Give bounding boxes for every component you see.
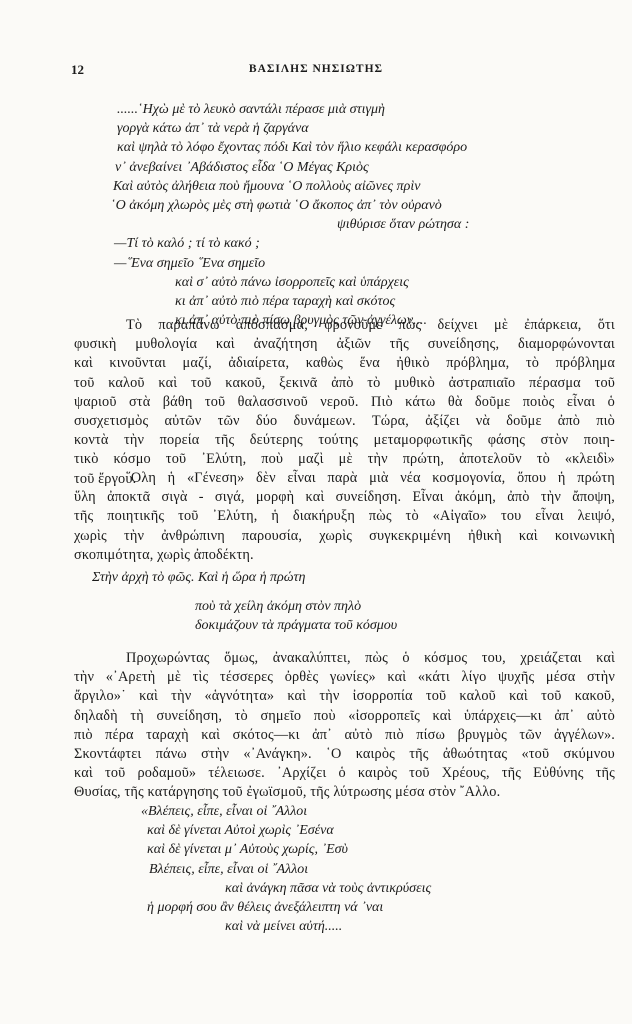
poem-line: δοκιμάζουν τὰ πράγματα τοῦ κόσμου	[0, 616, 632, 635]
poem-excerpt-3: «Βλέπεις, εἶπε, εἶναι οἱ ῎Αλλοι καὶ δὲ γ…	[0, 802, 632, 936]
poem-line: Βλέπεις, εἶπε, εἶναι οἱ ῎Αλλοι	[0, 860, 632, 879]
text-line: καὶκινοῦνταιμαζί,ἀδιαίρετα,καθὼςἕναἠθικὸ…	[74, 354, 615, 373]
poem-line: καὶ δὲ γίνεται μ᾽ Αὐτοὺς χωρίς, ᾽Εσὺ	[0, 840, 632, 859]
text-line: ψαριοῦστὰβάθητοῦθαλασσινοῦνεροῦ.Πιὸκάτωθ…	[74, 393, 615, 412]
text-line: Σκοντάφτειπάνωστὴν«᾽Ανάγκη».῾Οκαιρὸςτῆςἀ…	[74, 745, 615, 764]
poem-excerpt-1: ......῾Ηχὼ μὲ τὸ λευκὸ σαντάλι πέρασε μι…	[0, 100, 632, 330]
text-line: δηλαδὴτὴσυνείδηση,τὸσημεῖοποὺ«ἰσορροπεῖς…	[74, 707, 615, 726]
poem-line: καὶ ψηλὰ τὸ λόφο ἔχοντας πόδι Καὶ τὸν ἥλ…	[0, 138, 632, 157]
text-line: φυσικὴμυθολογίακαὶἀναζήτησηἀξιῶντῆςσυνεί…	[74, 335, 615, 354]
poem-excerpt-2: Στὴν ἀρχὴ τὸ φῶς. Καὶ ἡ ὥρα ἡ πρώτη ποὺ …	[0, 568, 632, 636]
text-line: ἄργιλο»˙καὶτὴν«ἁγνότητα»καὶτὴνἰσορροπίατ…	[74, 687, 615, 706]
text-line: Προχωρώνταςὅμως,ἀνακαλύπτει,πὼςὁκόσμοςτο…	[74, 649, 615, 668]
poem-line: ῾Ο ἀκόμη χλωρὸς μὲς στὴ φωτιὰ ῾Ο ἄκοπος …	[0, 196, 632, 215]
text-line: τοῦκαλοῦκαὶτοῦκακοῦ,ξεκινᾶἀπὸτὸμυθικὸἀστ…	[74, 374, 615, 393]
text-line: Θυσίας, τῆς κατάργησης τοῦ ἐγωϊσμοῦ, τῆς…	[74, 783, 615, 802]
paragraph-1: Τὸπαραπάνωἀπόσπασμα,φρονοῦμεπὼςδείχνειμὲ…	[74, 316, 615, 489]
text-line: καὶτοῦροδαμοῦ»τέλειωσε.᾽Αρχίζειὁκαιρὸςτο…	[74, 764, 615, 783]
poem-line: ποὺ τὰ χείλη ἀκόμη στὸν πηλὸ	[0, 597, 632, 616]
poem-line: καὶ ἀνάγκη πᾶσα νὰ τοὺς ἀντικρύσεις	[0, 879, 632, 898]
poem-line: «Βλέπεις, εἶπε, εἶναι οἱ ῎Αλλοι	[0, 802, 632, 821]
text-line: τῆςποιητικῆςτοῦ᾽Ελύτη,ἡδιακήρυξηπὼςτὸ«Αἰ…	[74, 507, 615, 526]
poem-line: Καὶ αὐτὸς ἀλήθεια ποὺ ἤμουνα ῾Ο πολλοὺς …	[0, 177, 632, 196]
poem-line: καὶ δὲ γίνεται Αὐτοὶ χωρὶς ᾽Εσένα	[0, 821, 632, 840]
text-line: κοντὰτὴνπορείατῆςδεύτερηςτούτηςμεταμορφω…	[74, 431, 615, 450]
book-page: 12 ΒΑΣΙΛΗΣ ΝΗΣΙΩΤΗΣ ......῾Ηχὼ μὲ τὸ λευ…	[0, 0, 632, 1024]
poem-line: ψιθύρισε ὅταν ρώτησα :	[0, 215, 632, 234]
text-line: ῞Οληἡ«Γένεση»δὲνεἶναιπαρὰμιὰνέακοσμογονί…	[74, 469, 615, 488]
poem-line: κι ἀπ᾽ αὐτὸ πιὸ πέρα ταραχὴ καὶ σκότος	[0, 292, 632, 311]
text-line: τὴν«᾽Αρετὴμὲτὶςτέσσερεςὀρθὲςγωνίες»καὶ«κ…	[74, 668, 615, 687]
running-head: ΒΑΣΙΛΗΣ ΝΗΣΙΩΤΗΣ	[0, 63, 632, 75]
poem-line: ......῾Ηχὼ μὲ τὸ λευκὸ σαντάλι πέρασε μι…	[0, 100, 632, 119]
poem-line: καὶ νὰ μείνει αὐτή.....	[0, 917, 632, 936]
text-line: πιὸπέραταραχὴκαὶσκότος—κιἀπ᾽αὐτὸπιὸπίσωβ…	[74, 726, 615, 745]
poem-line: Στὴν ἀρχὴ τὸ φῶς. Καὶ ἡ ὥρα ἡ πρώτη	[0, 568, 632, 587]
poem-line: ἡ μορφή σου ἂν θέλεις ἀνεξάλειπτη νά ᾽να…	[0, 898, 632, 917]
poem-line: —Τί τὸ καλό ; τί τὸ κακό ;	[0, 234, 632, 253]
paragraph-3: Προχωρώνταςὅμως,ἀνακαλύπτει,πὼςὁκόσμοςτο…	[74, 649, 615, 803]
poem-line: καὶ σ᾽ αὐτὸ πάνω ἰσορροπεῖς καὶ ὑπάρχεις	[0, 273, 632, 292]
text-line: τικὸκόσμοτοῦ᾽Ελύτη,ποὺμαζὶμὲτὴνπρώτη,ἀπο…	[74, 450, 615, 469]
text-line: ὕληἀποκτᾶσιγὰ-σιγά,μορφὴκαὶσυνείδηση.Εἶν…	[74, 488, 615, 507]
text-line: σκοπιμότητα, χωρὶς ἀποδέκτη.	[74, 546, 615, 565]
text-line: συσχετισμὸςαὐτῶντῶνδύοδυνάμεων.Τώρα,ἀξίζ…	[74, 412, 615, 431]
poem-line: —῞Ενα σημεῖο ῞Ενα σημεῖο	[0, 254, 632, 273]
text-line: χωρὶςτὴνἀνθρώπινηπαρουσία,χωρὶςσυγκεκριμ…	[74, 527, 615, 546]
poem-line: ν᾽ ἀνεβαίνει ᾽Αβάδιστος εἶδα ῾Ο Μέγας Κρ…	[0, 158, 632, 177]
text-line: Τὸπαραπάνωἀπόσπασμα,φρονοῦμεπὼςδείχνειμὲ…	[74, 316, 615, 335]
paragraph-2: ῞Οληἡ«Γένεση»δὲνεἶναιπαρὰμιὰνέακοσμογονί…	[74, 469, 615, 565]
poem-line: γοργὰ κάτω ἀπ᾽ τὰ νερὰ ἡ ζαργάνα	[0, 119, 632, 138]
